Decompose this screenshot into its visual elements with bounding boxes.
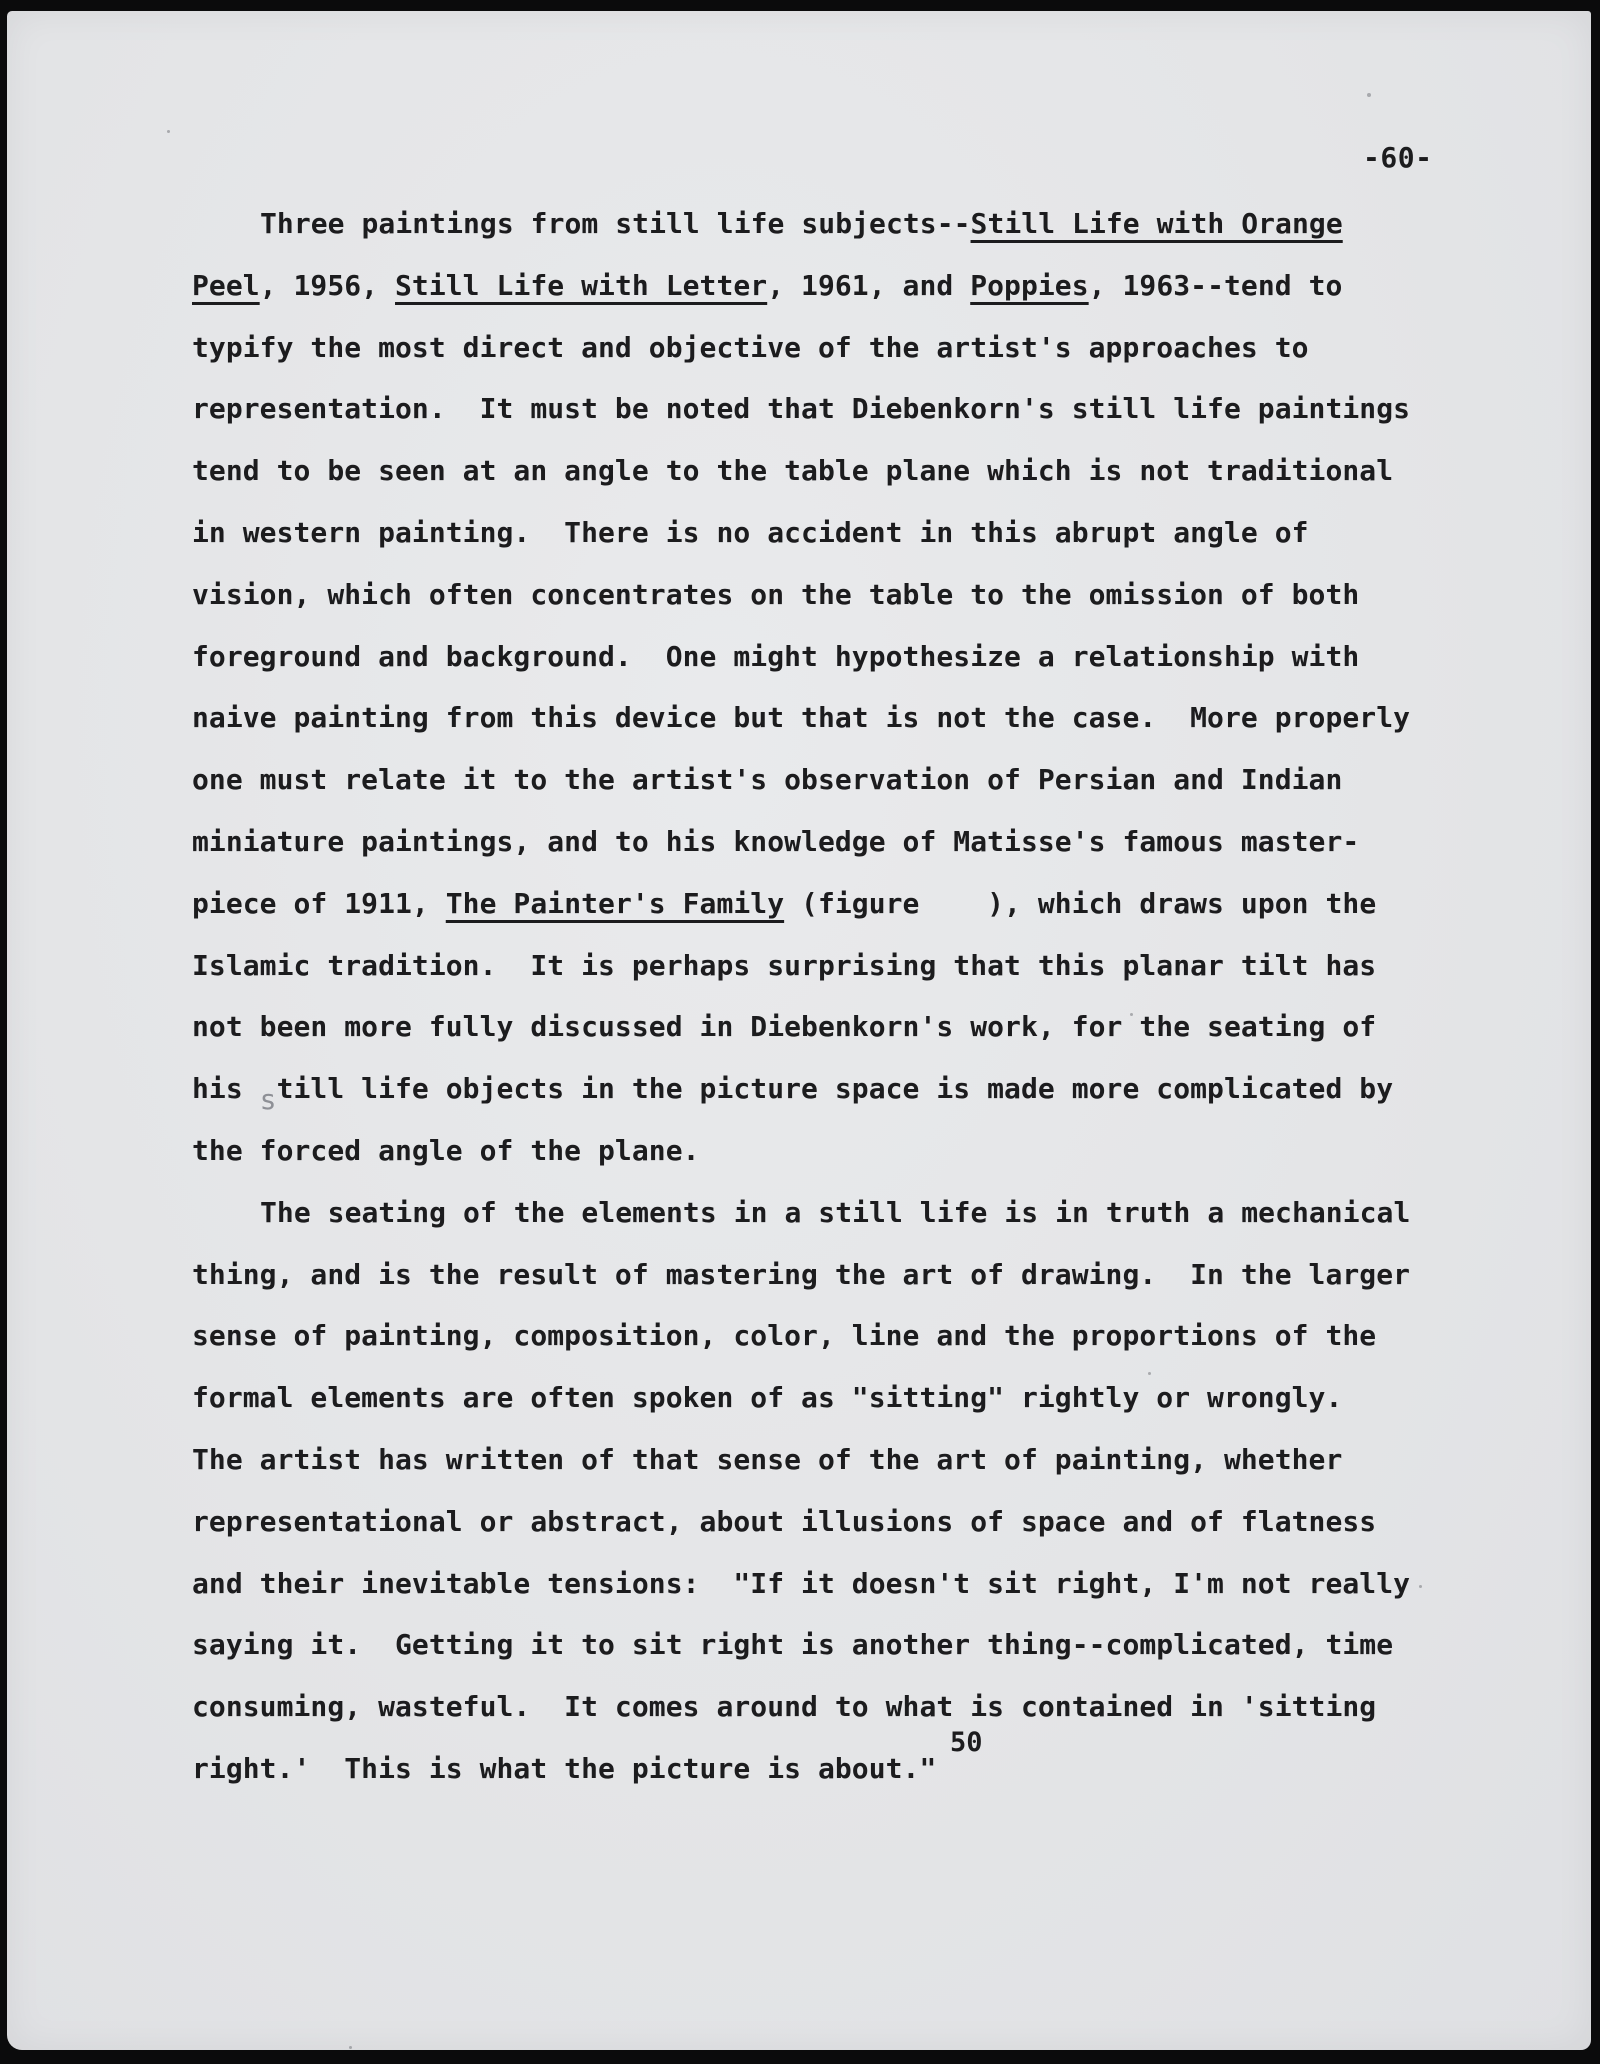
scan-speck [1148, 1372, 1151, 1375]
scanned-page-view: -60- Three paintings from still life sub… [0, 0, 1600, 2064]
text-segment: thing, and is the result of mastering th… [192, 1258, 1410, 1291]
text-segment: sense of painting, composition, color, l… [192, 1319, 1376, 1352]
text-line: The artist has written of that sense of … [192, 1443, 1342, 1476]
text-line: Three paintings from still life subjects… [260, 207, 1343, 240]
text-block: Three paintings from still life subjects… [7, 11, 1591, 2050]
text-line: representational or abstract, about illu… [192, 1505, 1376, 1538]
text-line: Islamic tradition. It is perhaps surpris… [192, 949, 1376, 982]
footnote-marker: 50 [950, 1727, 983, 1758]
text-segment: formal elements are often spoken of as "… [192, 1381, 1342, 1414]
text-segment: till life objects in the picture space i… [277, 1072, 1394, 1105]
dropped-character: s [260, 1083, 277, 1116]
text-line: consuming, wasteful. It comes around to … [192, 1690, 1376, 1723]
underlined-title: Poppies [970, 269, 1088, 302]
text-line: thing, and is the result of mastering th… [192, 1258, 1410, 1291]
text-line: one must relate it to the artist's obser… [192, 763, 1342, 796]
text-segment: his [192, 1072, 260, 1105]
underlined-title: Peel [192, 269, 260, 302]
text-line: not been more fully discussed in Diebenk… [192, 1010, 1376, 1043]
scan-speck [167, 130, 170, 133]
text-segment: saying it. Getting it to sit right is an… [192, 1628, 1393, 1661]
text-segment: The artist has written of that sense of … [192, 1443, 1342, 1476]
text-segment: the forced angle of the plane. [192, 1134, 700, 1167]
text-line: sense of painting, composition, color, l… [192, 1319, 1376, 1352]
underlined-title: Still Life with Orange [971, 207, 1343, 240]
text-segment: The seating of the elements in a still l… [260, 1196, 1410, 1229]
underlined-title: Still Life with Letter [395, 269, 767, 302]
text-segment: right.' This is what the picture is abou… [192, 1752, 936, 1785]
scan-speck [1130, 1013, 1133, 1016]
text-line: typify the most direct and objective of … [192, 331, 1309, 364]
scan-speck [1367, 93, 1371, 97]
text-segment: (figure ), which draws upon the [784, 887, 1376, 920]
text-segment: miniature paintings, and to his knowledg… [192, 825, 1359, 858]
text-segment: foreground and background. One might hyp… [192, 640, 1359, 673]
text-line: right.' This is what the picture is abou… [192, 1752, 936, 1785]
text-segment: naive painting from this device but that… [192, 701, 1410, 734]
text-line: the forced angle of the plane. [192, 1134, 700, 1167]
text-line: and their inevitable tensions: "If it do… [192, 1567, 1410, 1600]
scan-speck [349, 2046, 352, 2049]
text-segment: , 1956, [260, 269, 395, 302]
typewritten-page: -60- Three paintings from still life sub… [7, 11, 1591, 2050]
text-segment: not been more fully discussed in Diebenk… [192, 1010, 1376, 1043]
text-line: tend to be seen at an angle to the table… [192, 454, 1393, 487]
text-segment: vision, which often concentrates on the … [192, 578, 1359, 611]
text-segment: one must relate it to the artist's obser… [192, 763, 1342, 796]
underlined-title: The Painter's Family [446, 887, 784, 920]
text-segment: representational or abstract, about illu… [192, 1505, 1376, 1538]
text-segment: consuming, wasteful. It comes around to … [192, 1690, 1376, 1723]
text-segment: tend to be seen at an angle to the table… [192, 454, 1393, 487]
text-line: The seating of the elements in a still l… [260, 1196, 1410, 1229]
text-line: vision, which often concentrates on the … [192, 578, 1359, 611]
text-line: foreground and background. One might hyp… [192, 640, 1359, 673]
text-segment: Islamic tradition. It is perhaps surpris… [192, 949, 1376, 982]
text-segment: typify the most direct and objective of … [192, 331, 1309, 364]
scan-speck [1419, 1585, 1422, 1588]
text-segment: and their inevitable tensions: "If it do… [192, 1567, 1410, 1600]
text-line: saying it. Getting it to sit right is an… [192, 1628, 1393, 1661]
text-segment: representation. It must be noted that Di… [192, 392, 1410, 425]
text-segment: Three paintings from still life subjects… [260, 207, 971, 240]
text-segment: in western painting. There is no acciden… [192, 516, 1309, 549]
text-segment: piece of 1911, [192, 887, 446, 920]
text-line: representation. It must be noted that Di… [192, 392, 1410, 425]
text-segment: , 1961, and [767, 269, 970, 302]
text-line: Peel, 1956, Still Life with Letter, 1961… [192, 269, 1342, 302]
text-line: formal elements are often spoken of as "… [192, 1381, 1342, 1414]
text-segment: , 1963--tend to [1089, 269, 1343, 302]
text-line: his still life objects in the picture sp… [192, 1072, 1393, 1105]
text-line: miniature paintings, and to his knowledg… [192, 825, 1359, 858]
text-line: in western painting. There is no acciden… [192, 516, 1309, 549]
text-line: naive painting from this device but that… [192, 701, 1410, 734]
text-line: piece of 1911, The Painter's Family (fig… [192, 887, 1376, 920]
